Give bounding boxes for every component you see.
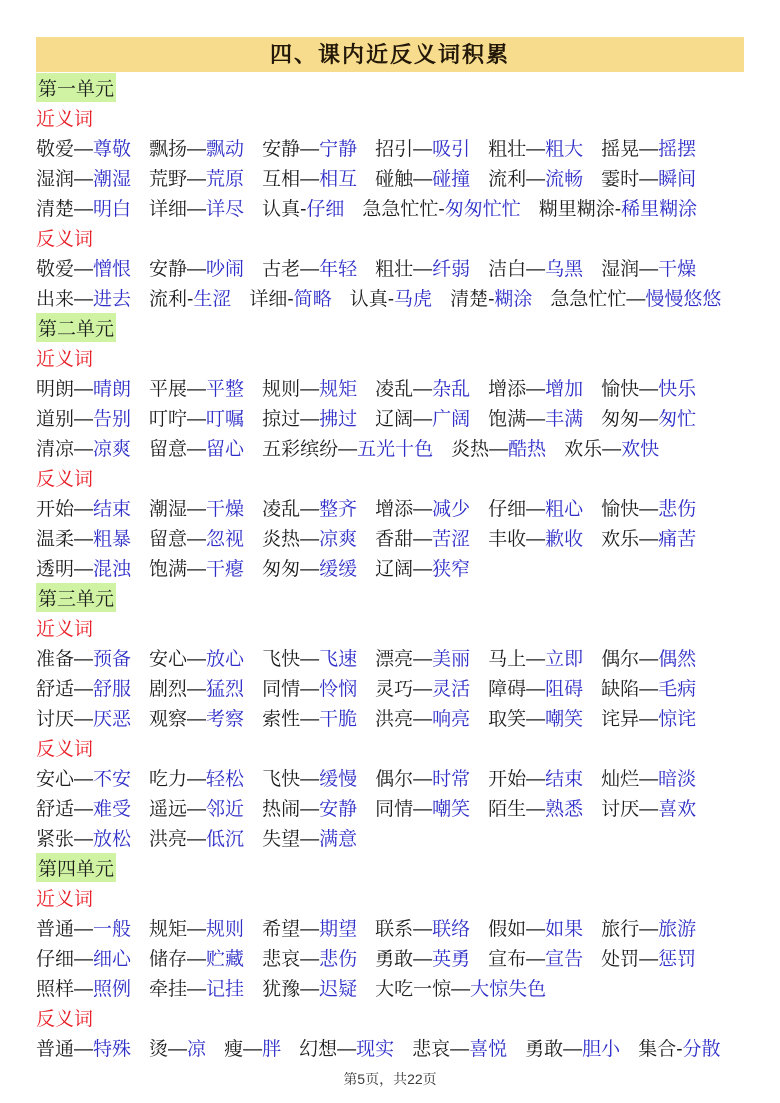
word-pair: 辽阔—狭窄 xyxy=(375,554,470,581)
word-first: 辽阔— xyxy=(375,409,432,430)
word-pair: 储存—贮藏 xyxy=(149,944,244,971)
word-first: 明朗— xyxy=(36,379,93,400)
word-first: 荒野— xyxy=(149,169,206,190)
word-pair: 普通—特殊 xyxy=(36,1034,131,1061)
word-first: 规矩— xyxy=(149,919,206,940)
word-second: 美丽 xyxy=(432,649,470,670)
word-pair: 敬爱—尊敬 xyxy=(36,134,131,161)
word-first: 旅行— xyxy=(601,919,658,940)
word-first: 普通— xyxy=(36,1039,93,1060)
word-first: 悲哀— xyxy=(412,1039,469,1060)
word-second: 低沉 xyxy=(206,829,244,850)
word-pair: 马上—立即 xyxy=(488,644,583,671)
word-pair: 希望—期望 xyxy=(262,914,357,941)
word-pair: 清凉—凉爽 xyxy=(36,434,131,461)
word-row: 讨厌—厌恶观察—考察索性—干脆洪亮—响亮取笑—嘲笑诧异—惊诧 xyxy=(36,702,744,732)
word-first: 叮咛— xyxy=(149,409,206,430)
word-first: 饱满— xyxy=(149,559,206,580)
word-second: 乌黑 xyxy=(545,259,583,280)
word-pair: 烫—凉 xyxy=(149,1034,206,1061)
word-second: 时常 xyxy=(432,769,470,790)
word-first: 舒适— xyxy=(36,799,93,820)
word-pair: 犹豫—迟疑 xyxy=(262,974,357,1001)
section-title-banner: 四、课内近反义词积累 xyxy=(36,37,744,72)
word-first: 联系— xyxy=(375,919,432,940)
word-second: 迟疑 xyxy=(319,979,357,1000)
word-pair: 同情—怜悯 xyxy=(262,674,357,701)
word-first: 留意— xyxy=(149,439,206,460)
word-pair: 失望—满意 xyxy=(262,824,357,851)
word-pair: 认真-马虎 xyxy=(350,284,432,311)
word-second: 宣告 xyxy=(545,949,583,970)
word-first: 湿润— xyxy=(36,169,93,190)
word-second: 缓慢 xyxy=(319,769,357,790)
word-first: 出来— xyxy=(36,289,93,310)
word-pair: 清楚—明白 xyxy=(36,194,131,221)
word-second: 旅游 xyxy=(658,919,696,940)
word-first: 古老— xyxy=(262,259,319,280)
word-second: 荒原 xyxy=(206,169,244,190)
word-row: 道别—告别叮咛—叮嘱掠过—拂过辽阔—广阔饱满—丰满匆匆—匆忙 xyxy=(36,402,744,432)
word-pair: 碰触—碰撞 xyxy=(375,164,470,191)
word-pair: 舒适—舒服 xyxy=(36,674,131,701)
word-second: 狭窄 xyxy=(432,559,470,580)
word-second: 苦涩 xyxy=(432,529,470,550)
word-second: 歉收 xyxy=(545,529,583,550)
word-first: 安静— xyxy=(149,259,206,280)
word-second: 放松 xyxy=(93,829,131,850)
word-first: 烫— xyxy=(149,1039,187,1060)
word-pair: 清楚-糊涂 xyxy=(450,284,532,311)
word-first: 开始— xyxy=(488,769,545,790)
word-first: 仔细— xyxy=(36,949,93,970)
word-pair: 互相—相互 xyxy=(262,164,357,191)
word-pair: 安心—不安 xyxy=(36,764,131,791)
word-second: 立即 xyxy=(545,649,583,670)
word-row: 仔细—细心储存—贮藏悲哀—悲伤勇敢—英勇宣布—宣告处罚—惩罚 xyxy=(36,942,744,972)
word-first: 犹豫— xyxy=(262,979,319,1000)
word-row: 出来—进去流利-生涩详细-简略认真-马虎清楚-糊涂急急忙忙—慢慢悠悠 xyxy=(36,282,744,312)
word-second: 考察 xyxy=(206,709,244,730)
word-second: 惩罚 xyxy=(658,949,696,970)
word-second: 叮嘱 xyxy=(206,409,244,430)
word-first: 同情— xyxy=(375,799,432,820)
word-second: 吵闹 xyxy=(206,259,244,280)
word-first: 丰收— xyxy=(488,529,545,550)
word-first: 道别— xyxy=(36,409,93,430)
word-second: 简略 xyxy=(294,289,332,310)
word-pair: 丰收—歉收 xyxy=(488,524,583,551)
word-second: 邻近 xyxy=(206,799,244,820)
word-pair: 讨厌—喜欢 xyxy=(601,794,696,821)
group-label-line: 近义词 xyxy=(36,882,744,912)
word-first: 炎热— xyxy=(262,529,319,550)
word-first: 偶尔— xyxy=(601,649,658,670)
word-second: 猛烈 xyxy=(206,679,244,700)
word-row: 普通—特殊烫—凉瘦—胖幻想—现实悲哀—喜悦勇敢—胆小集合-分散 xyxy=(36,1032,744,1062)
word-second: 粗心 xyxy=(545,499,583,520)
word-second: 记挂 xyxy=(206,979,244,1000)
word-pair: 陌生—熟悉 xyxy=(488,794,583,821)
word-second: 一般 xyxy=(93,919,131,940)
word-pair: 炎热—凉爽 xyxy=(262,524,357,551)
word-row: 敬爱—尊敬飘扬—飘动安静—宁静招引—吸引粗壮—粗大摇晃—摇摆 xyxy=(36,132,744,162)
word-first: 流利- xyxy=(149,289,193,310)
word-first: 安心— xyxy=(149,649,206,670)
word-second: 干燥 xyxy=(658,259,696,280)
word-second: 结束 xyxy=(93,499,131,520)
word-first: 准备— xyxy=(36,649,93,670)
word-second: 嘲笑 xyxy=(432,799,470,820)
word-second: 进去 xyxy=(93,289,131,310)
word-first: 取笑— xyxy=(488,709,545,730)
word-second: 胆小 xyxy=(582,1039,620,1060)
word-second: 流畅 xyxy=(545,169,583,190)
word-pair: 糊里糊涂-稀里糊涂 xyxy=(539,194,697,221)
group-label: 近义词 xyxy=(36,884,93,911)
word-first: 吃力— xyxy=(149,769,206,790)
word-second: 凉爽 xyxy=(93,439,131,460)
word-first: 陌生— xyxy=(488,799,545,820)
word-first: 讨厌— xyxy=(601,799,658,820)
word-pair: 假如—如果 xyxy=(488,914,583,941)
word-second: 联络 xyxy=(432,919,470,940)
word-second: 增加 xyxy=(545,379,583,400)
word-second: 阻碍 xyxy=(545,679,583,700)
word-row: 舒适—舒服剧烈—猛烈同情—怜悯灵巧—灵活障碍—阻碍缺陷—毛病 xyxy=(36,672,744,702)
word-pair: 粗壮—粗大 xyxy=(488,134,583,161)
word-first: 清楚- xyxy=(450,289,494,310)
word-pair: 紧张—放松 xyxy=(36,824,131,851)
word-first: 增添— xyxy=(488,379,545,400)
word-pair: 悲哀—悲伤 xyxy=(262,944,357,971)
word-pair: 匆匆—匆忙 xyxy=(601,404,696,431)
word-first: 安心— xyxy=(36,769,93,790)
word-second: 现实 xyxy=(356,1039,394,1060)
word-second: 喜悦 xyxy=(469,1039,507,1060)
word-second: 广阔 xyxy=(432,409,470,430)
word-first: 平展— xyxy=(149,379,206,400)
word-first: 索性— xyxy=(262,709,319,730)
word-second: 预备 xyxy=(93,649,131,670)
word-row: 照样—照例牵挂—记挂犹豫—迟疑大吃一惊—大惊失色 xyxy=(36,972,744,1002)
word-second: 胖 xyxy=(262,1039,281,1060)
word-second: 喜欢 xyxy=(658,799,696,820)
word-pair: 讨厌—厌恶 xyxy=(36,704,131,731)
word-second: 熟悉 xyxy=(545,799,583,820)
word-first: 匆匆— xyxy=(601,409,658,430)
word-pair: 开始—结束 xyxy=(488,764,583,791)
word-pair: 偶尔—时常 xyxy=(375,764,470,791)
word-second: 干燥 xyxy=(206,499,244,520)
word-pair: 灵巧—灵活 xyxy=(375,674,470,701)
word-second: 毛病 xyxy=(658,679,696,700)
word-pair: 瘦—胖 xyxy=(224,1034,281,1061)
word-second: 晴朗 xyxy=(93,379,131,400)
word-first: 清楚— xyxy=(36,199,93,220)
word-first: 灵巧— xyxy=(375,679,432,700)
unit-heading: 第一单元 xyxy=(36,73,116,102)
word-first: 希望— xyxy=(262,919,319,940)
word-first: 处罚— xyxy=(601,949,658,970)
word-second: 怜悯 xyxy=(319,679,357,700)
word-second: 英勇 xyxy=(432,949,470,970)
word-second: 缓缓 xyxy=(319,559,357,580)
word-pair: 增添—减少 xyxy=(375,494,470,521)
word-row: 湿润—潮湿荒野—荒原互相—相互碰触—碰撞流利—流畅霎时—瞬间 xyxy=(36,162,744,192)
worksheet-page: 四、课内近反义词积累 第一单元近义词敬爱—尊敬飘扬—飘动安静—宁静招引—吸引粗壮… xyxy=(0,0,780,1103)
word-pair: 辽阔—广阔 xyxy=(375,404,470,431)
word-pair: 牵挂—记挂 xyxy=(149,974,244,1001)
word-pair: 偶尔—偶然 xyxy=(601,644,696,671)
word-pair: 旅行—旅游 xyxy=(601,914,696,941)
word-first: 五彩缤纷— xyxy=(262,439,357,460)
word-first: 清凉— xyxy=(36,439,93,460)
word-second: 欢快 xyxy=(621,439,659,460)
word-first: 急急忙忙- xyxy=(362,199,444,220)
word-pair: 剧烈—猛烈 xyxy=(149,674,244,701)
word-pair: 匆匆—缓缓 xyxy=(262,554,357,581)
word-first: 香甜— xyxy=(375,529,432,550)
word-first: 讨厌— xyxy=(36,709,93,730)
group-label-line: 近义词 xyxy=(36,102,744,132)
word-second: 匆匆忙忙 xyxy=(445,199,521,220)
word-first: 飘扬— xyxy=(149,139,206,160)
word-first: 遥远— xyxy=(149,799,206,820)
word-pair: 漂亮—美丽 xyxy=(375,644,470,671)
word-second: 特殊 xyxy=(93,1039,131,1060)
word-second: 规则 xyxy=(206,919,244,940)
word-first: 障碍— xyxy=(488,679,545,700)
word-first: 失望— xyxy=(262,829,319,850)
word-first: 宣布— xyxy=(488,949,545,970)
word-second: 杂乱 xyxy=(432,379,470,400)
word-first: 认真- xyxy=(262,199,306,220)
word-pair: 开始—结束 xyxy=(36,494,131,521)
word-row: 透明—混浊饱满—干瘪匆匆—缓缓辽阔—狭窄 xyxy=(36,552,744,582)
word-pair: 详细-简略 xyxy=(249,284,331,311)
word-second: 详尽 xyxy=(206,199,244,220)
word-pair: 明朗—晴朗 xyxy=(36,374,131,401)
word-second: 舒服 xyxy=(93,679,131,700)
word-first: 马上— xyxy=(488,649,545,670)
word-second: 难受 xyxy=(93,799,131,820)
word-row: 紧张—放松洪亮—低沉失望—满意 xyxy=(36,822,744,852)
content-area: 第一单元近义词敬爱—尊敬飘扬—飘动安静—宁静招引—吸引粗壮—粗大摇晃—摇摆湿润—… xyxy=(36,72,744,1062)
word-second: 干脆 xyxy=(319,709,357,730)
group-label: 反义词 xyxy=(36,224,93,251)
unit-heading-line: 第三单元 xyxy=(36,582,744,612)
word-pair: 炎热—酷热 xyxy=(451,434,546,461)
word-second: 细心 xyxy=(93,949,131,970)
word-first: 匆匆— xyxy=(262,559,319,580)
word-pair: 安静—宁静 xyxy=(262,134,357,161)
group-label: 近义词 xyxy=(36,344,93,371)
word-pair: 照样—照例 xyxy=(36,974,131,1001)
word-first: 霎时— xyxy=(601,169,658,190)
word-second: 厌恶 xyxy=(93,709,131,730)
word-pair: 集合-分散 xyxy=(638,1034,720,1061)
page-title: 四、课内近反义词积累 xyxy=(270,42,510,67)
word-first: 急急忙忙— xyxy=(550,289,645,310)
word-second: 凉 xyxy=(187,1039,206,1060)
word-first: 仔细— xyxy=(488,499,545,520)
word-first: 饱满— xyxy=(488,409,545,430)
word-pair: 洪亮—响亮 xyxy=(375,704,470,731)
word-first: 飞快— xyxy=(262,769,319,790)
word-pair: 灿烂—暗淡 xyxy=(601,764,696,791)
word-first: 舒适— xyxy=(36,679,93,700)
word-pair: 热闹—安静 xyxy=(262,794,357,821)
word-second: 放心 xyxy=(206,649,244,670)
word-pair: 处罚—惩罚 xyxy=(601,944,696,971)
word-first: 流利— xyxy=(488,169,545,190)
word-first: 同情— xyxy=(262,679,319,700)
word-second: 贮藏 xyxy=(206,949,244,970)
word-pair: 联系—联络 xyxy=(375,914,470,941)
word-pair: 欢乐—欢快 xyxy=(564,434,659,461)
word-first: 勇敢— xyxy=(375,949,432,970)
word-first: 剧烈— xyxy=(149,679,206,700)
group-label: 近义词 xyxy=(36,614,93,641)
word-first: 愉快— xyxy=(601,379,658,400)
word-pair: 悲哀—喜悦 xyxy=(412,1034,507,1061)
word-first: 热闹— xyxy=(262,799,319,820)
word-pair: 急急忙忙-匆匆忙忙 xyxy=(362,194,520,221)
word-second: 分散 xyxy=(683,1039,721,1060)
word-pair: 道别—告别 xyxy=(36,404,131,431)
word-pair: 同情—嘲笑 xyxy=(375,794,470,821)
word-second: 粗大 xyxy=(545,139,583,160)
word-pair: 洪亮—低沉 xyxy=(149,824,244,851)
word-first: 招引— xyxy=(375,139,432,160)
word-first: 紧张— xyxy=(36,829,93,850)
word-row: 清凉—凉爽留意—留心五彩缤纷—五光十色炎热—酷热欢乐—欢快 xyxy=(36,432,744,462)
word-pair: 普通—一般 xyxy=(36,914,131,941)
word-second: 期望 xyxy=(319,919,357,940)
word-first: 欢乐— xyxy=(564,439,621,460)
word-pair: 粗壮—纤弱 xyxy=(375,254,470,281)
word-first: 湿润— xyxy=(601,259,658,280)
word-pair: 勇敢—英勇 xyxy=(375,944,470,971)
unit-heading-line: 第四单元 xyxy=(36,852,744,882)
word-second: 大惊失色 xyxy=(470,979,546,1000)
word-second: 规矩 xyxy=(319,379,357,400)
group-label-line: 近义词 xyxy=(36,612,744,642)
word-pair: 荒野—荒原 xyxy=(149,164,244,191)
word-first: 诧异— xyxy=(601,709,658,730)
word-first: 假如— xyxy=(488,919,545,940)
word-pair: 留意—忽视 xyxy=(149,524,244,551)
word-second: 年轻 xyxy=(319,259,357,280)
word-row: 普通—一般规矩—规则希望—期望联系—联络假如—如果旅行—旅游 xyxy=(36,912,744,942)
word-second: 干瘪 xyxy=(206,559,244,580)
word-first: 勇敢— xyxy=(525,1039,582,1060)
word-pair: 急急忙忙—慢慢悠悠 xyxy=(550,284,721,311)
word-pair: 缺陷—毛病 xyxy=(601,674,696,701)
word-second: 尊敬 xyxy=(93,139,131,160)
word-pair: 温柔—粗暴 xyxy=(36,524,131,551)
word-row: 明朗—晴朗平展—平整规则—规矩凌乱—杂乱增添—增加愉快—快乐 xyxy=(36,372,744,402)
word-second: 吸引 xyxy=(432,139,470,160)
word-pair: 宣布—宣告 xyxy=(488,944,583,971)
group-label-line: 反义词 xyxy=(36,1002,744,1032)
word-second: 响亮 xyxy=(432,709,470,730)
word-pair: 透明—混浊 xyxy=(36,554,131,581)
word-second: 酷热 xyxy=(508,439,546,460)
unit-heading: 第二单元 xyxy=(36,313,116,342)
word-second: 忽视 xyxy=(206,529,244,550)
word-pair: 香甜—苦涩 xyxy=(375,524,470,551)
word-pair: 愉快—快乐 xyxy=(601,374,696,401)
word-first: 温柔— xyxy=(36,529,93,550)
word-first: 辽阔— xyxy=(375,559,432,580)
word-pair: 索性—干脆 xyxy=(262,704,357,731)
word-first: 掠过— xyxy=(262,409,319,430)
word-second: 灵活 xyxy=(432,679,470,700)
word-pair: 准备—预备 xyxy=(36,644,131,671)
word-pair: 留意—留心 xyxy=(149,434,244,461)
word-first: 集合- xyxy=(638,1039,682,1060)
word-pair: 飘扬—飘动 xyxy=(149,134,244,161)
word-first: 留意— xyxy=(149,529,206,550)
word-second: 马虎 xyxy=(394,289,432,310)
word-pair: 飞快—飞速 xyxy=(262,644,357,671)
word-pair: 障碍—阻碍 xyxy=(488,674,583,701)
word-second: 混浊 xyxy=(93,559,131,580)
word-second: 瞬间 xyxy=(658,169,696,190)
word-first: 摇晃— xyxy=(601,139,658,160)
word-second: 宁静 xyxy=(319,139,357,160)
word-pair: 遥远—邻近 xyxy=(149,794,244,821)
group-label: 反义词 xyxy=(36,734,93,761)
word-pair: 舒适—难受 xyxy=(36,794,131,821)
word-pair: 愉快—悲伤 xyxy=(601,494,696,521)
word-pair: 规矩—规则 xyxy=(149,914,244,941)
word-second: 飞速 xyxy=(319,649,357,670)
word-pair: 仔细—细心 xyxy=(36,944,131,971)
word-first: 敬爱— xyxy=(36,139,93,160)
word-first: 敬爱— xyxy=(36,259,93,280)
word-second: 嘲笑 xyxy=(545,709,583,730)
word-second: 生涩 xyxy=(193,289,231,310)
word-second: 安静 xyxy=(319,799,357,820)
word-first: 瘦— xyxy=(224,1039,262,1060)
word-pair: 勇敢—胆小 xyxy=(525,1034,620,1061)
word-first: 悲哀— xyxy=(262,949,319,970)
word-pair: 摇晃—摇摆 xyxy=(601,134,696,161)
word-pair: 饱满—丰满 xyxy=(488,404,583,431)
word-first: 飞快— xyxy=(262,649,319,670)
word-first: 洁白— xyxy=(488,259,545,280)
group-label-line: 反义词 xyxy=(36,222,744,252)
word-second: 五光十色 xyxy=(357,439,433,460)
word-second: 悲伤 xyxy=(658,499,696,520)
word-pair: 飞快—缓慢 xyxy=(262,764,357,791)
word-pair: 安静—吵闹 xyxy=(149,254,244,281)
word-first: 互相— xyxy=(262,169,319,190)
word-pair: 掠过—拂过 xyxy=(262,404,357,431)
group-label: 反义词 xyxy=(36,464,93,491)
word-first: 凌乱— xyxy=(262,499,319,520)
group-label: 反义词 xyxy=(36,1004,93,1031)
word-first: 透明— xyxy=(36,559,93,580)
word-row: 准备—预备安心—放心飞快—飞速漂亮—美丽马上—立即偶尔—偶然 xyxy=(36,642,744,672)
word-pair: 详细—详尽 xyxy=(149,194,244,221)
word-pair: 凌乱—杂乱 xyxy=(375,374,470,401)
word-pair: 凌乱—整齐 xyxy=(262,494,357,521)
word-second: 惊诧 xyxy=(658,709,696,730)
